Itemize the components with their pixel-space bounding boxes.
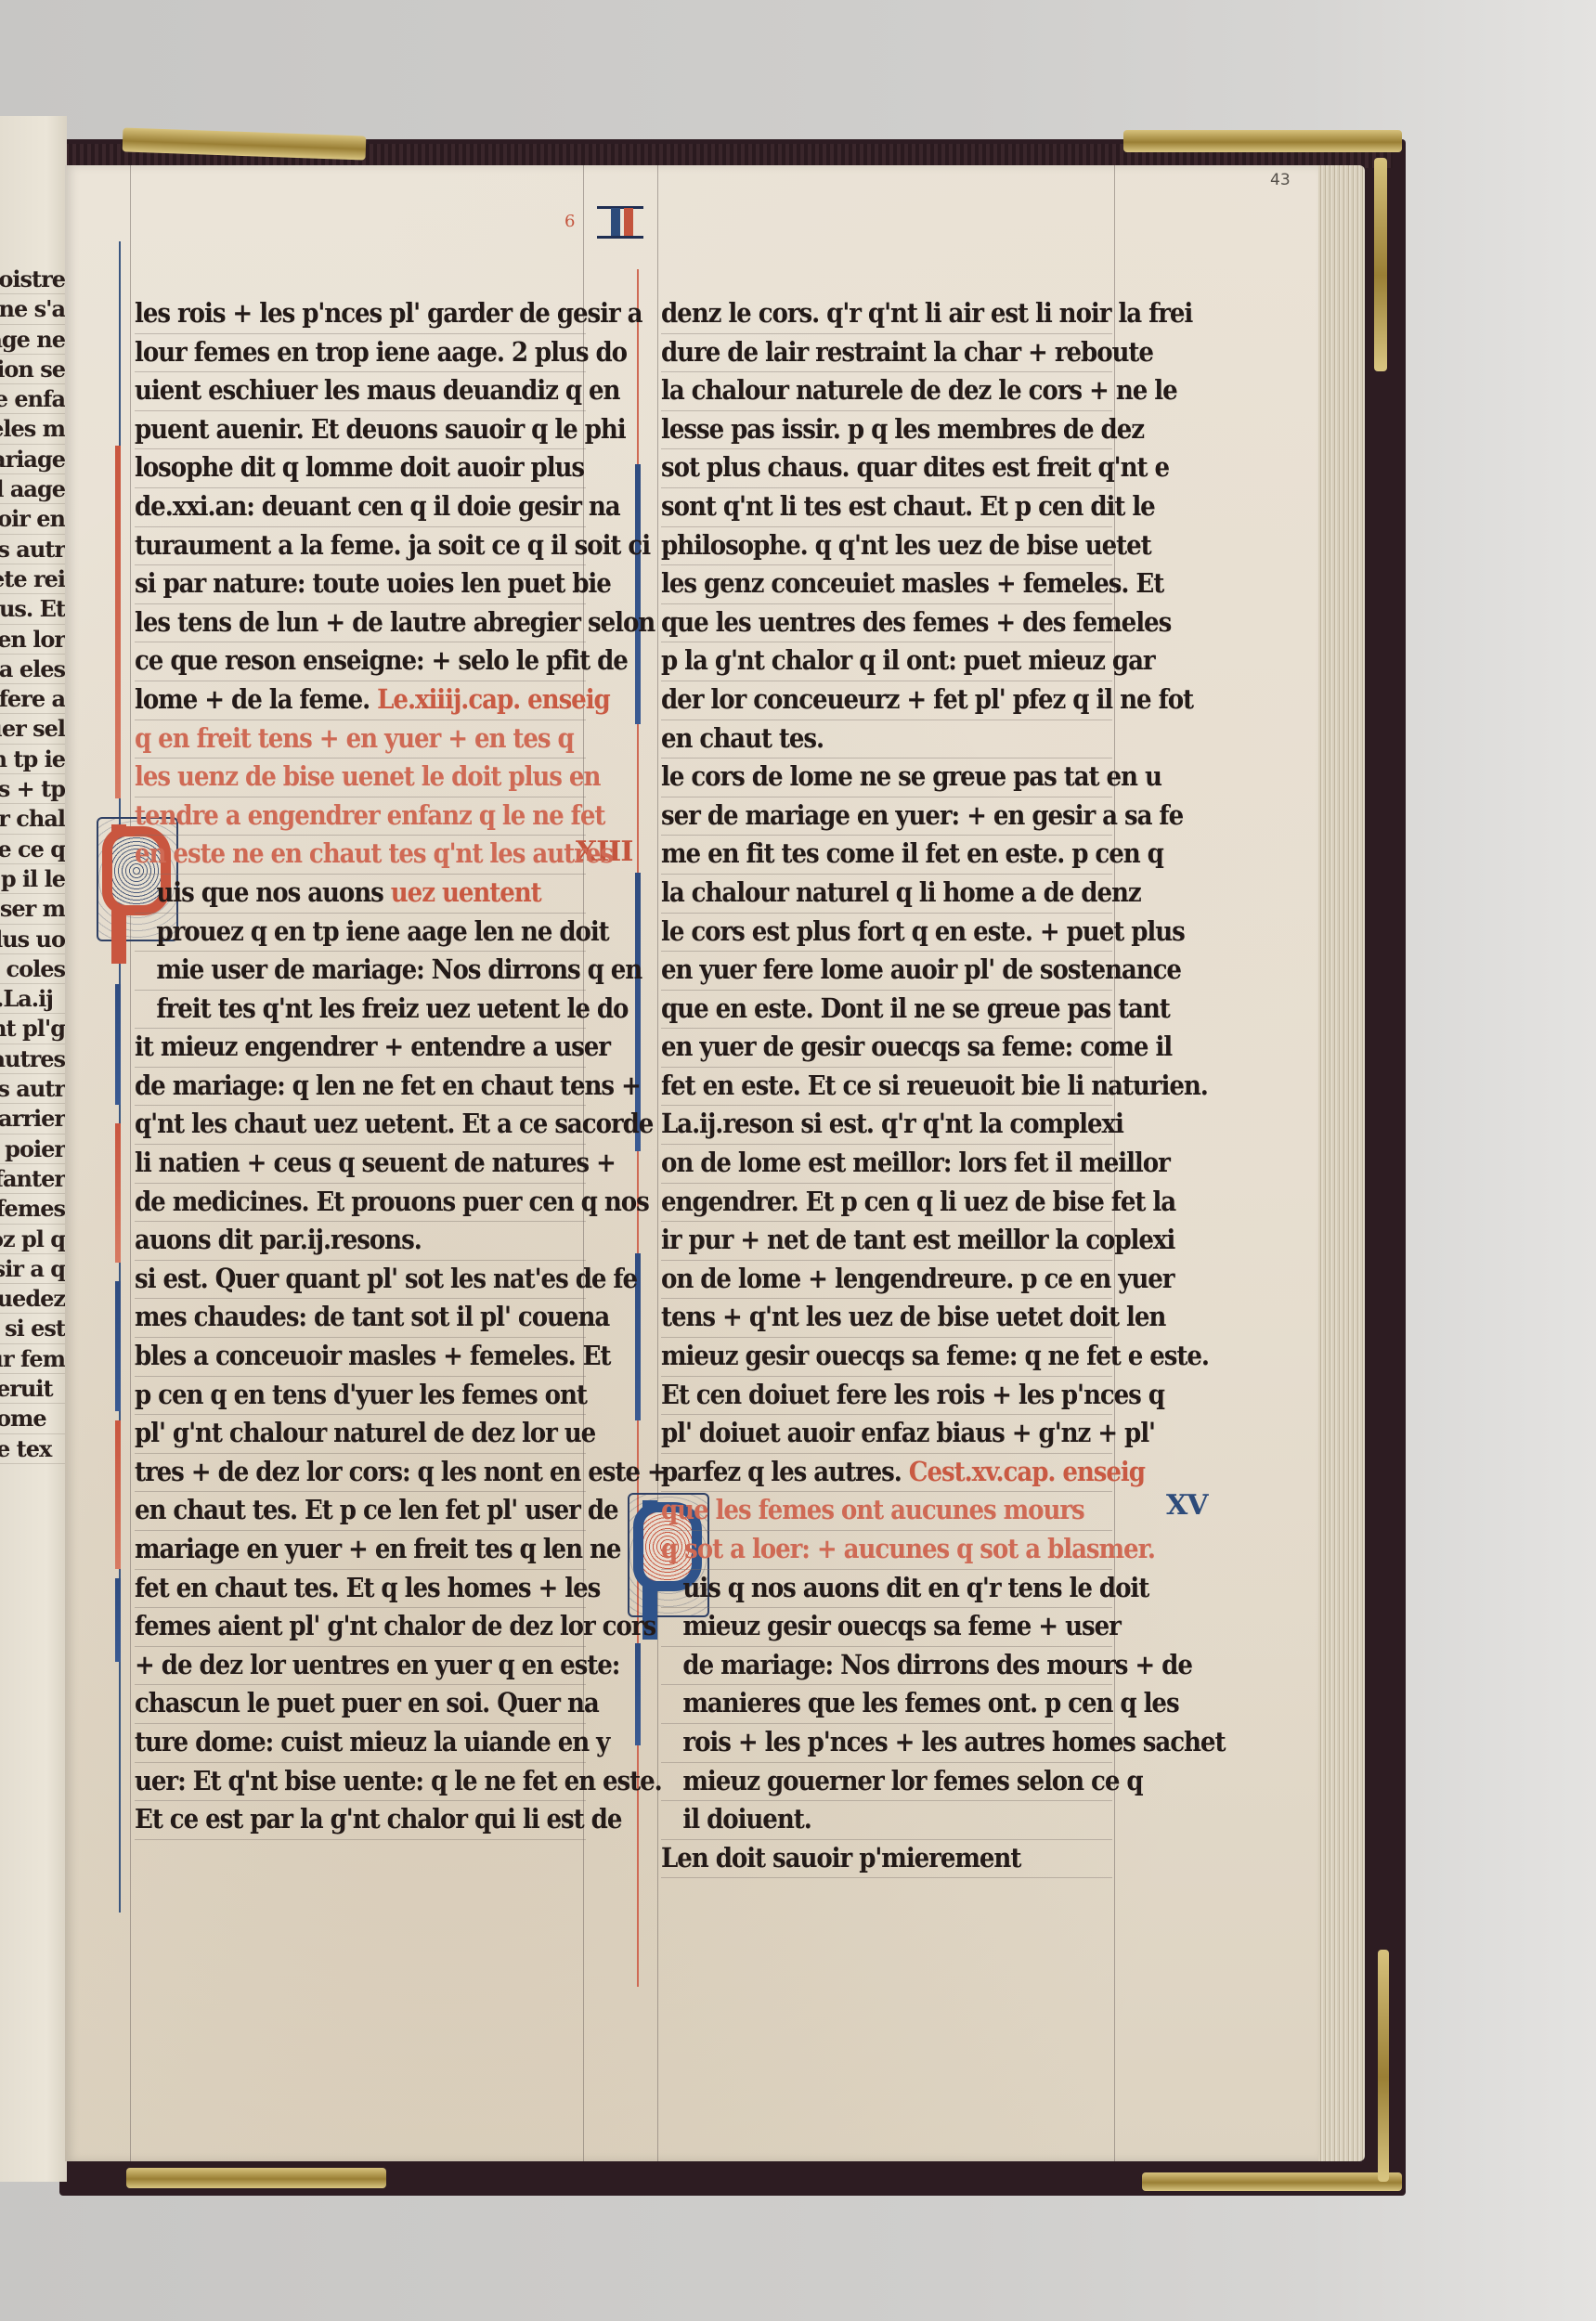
manuscript-line: femes aient pl' g'nt chalor de dez lor c… bbox=[135, 1608, 586, 1647]
manuscript-line: mieuz gouerner lor femes selon ce q bbox=[661, 1763, 1112, 1802]
manuscript-line: les uenz de bise uenet le doit plus en bbox=[135, 759, 586, 797]
manuscript-line: pl' doiuet auoir enfaz biaus + g'nz + pl… bbox=[661, 1415, 1112, 1454]
chapter-numeral-XV: XV bbox=[1166, 1489, 1208, 1522]
manuscript-line: rois + les p'nces + les autres homes sac… bbox=[661, 1724, 1112, 1763]
gilt-clasp-top-right bbox=[1123, 130, 1402, 152]
manuscript-line: denz le cors. q'r q'nt li air est li noi… bbox=[661, 295, 1112, 334]
ruling-line-left-outer bbox=[130, 165, 131, 2161]
manuscript-line: chascun le puet puer en soi. Quer na bbox=[135, 1685, 586, 1724]
verso-line: contre ce q bbox=[0, 835, 65, 864]
penwork-left-red-segment-3 bbox=[115, 1420, 121, 1569]
gilt-clasp-side-lower bbox=[1378, 1950, 1389, 2182]
manuscript-line: it mieuz engendrer + entendre a user bbox=[135, 1029, 586, 1068]
gilt-clasp-bottom-left bbox=[126, 2168, 386, 2188]
verso-line: sot plus uo bbox=[0, 925, 65, 954]
verso-line: es lour fem bbox=[0, 1344, 65, 1374]
verso-line: e. Quer chal bbox=[0, 804, 65, 834]
penwork-left-red-segment-2 bbox=[115, 1123, 121, 1263]
manuscript-line: la chalour naturel q li home a de denz bbox=[661, 875, 1112, 914]
manuscript-line: freit tes q'nt les freiz uez uetent le d… bbox=[135, 991, 586, 1030]
manuscript-line: li natien + ceus q seuent de natures + bbox=[135, 1145, 586, 1184]
manuscript-line: turaument a la feme. ja soit ce q il soi… bbox=[135, 527, 586, 566]
manuscript-line: tres + de dez lor cors: q les nont en es… bbox=[135, 1454, 586, 1493]
manuscript-line: losophe dit q lomme doit auoir plus bbox=[135, 449, 586, 488]
manuscript-line: fet en chaut tes. Et q les homes + les bbox=[135, 1570, 586, 1609]
folio-number: 43 bbox=[1270, 171, 1291, 189]
manuscript-line: lome + de la feme. Le.xiiij.cap. enseig bbox=[135, 681, 586, 720]
verso-line: s gesir a q bbox=[0, 1254, 65, 1284]
verso-line: it: en eus. Et bbox=[0, 594, 65, 624]
manuscript-line: dure de lair restraint la char + reboute bbox=[661, 334, 1112, 373]
page-block-edges bbox=[1314, 165, 1365, 2161]
manuscript-line: fet en este. Et ce si reueuoit bie li na… bbox=[661, 1068, 1112, 1107]
manuscript-line: lour femes en trop iene aage. 2 plus do bbox=[135, 334, 586, 373]
verso-line: imes en tp ie bbox=[0, 745, 65, 774]
verso-line: oz pl q bbox=[0, 1225, 65, 1254]
manuscript-line: der lor conceueurz + fet pl' pfez q il n… bbox=[661, 681, 1112, 720]
manuscript-line: Et cen doiuet fere les rois + les p'nces… bbox=[661, 1377, 1112, 1416]
manuscript-line: de.xxi.an: deuant cen q il doie gesir na bbox=[135, 488, 586, 527]
manuscript-line: Et ce est par la g'nt chalor qui li est … bbox=[135, 1801, 586, 1840]
manuscript-line: manieres que les femes ont. p cen q les bbox=[661, 1685, 1112, 1724]
verso-line: p' q les autr bbox=[0, 535, 65, 564]
manuscript-line: prouez q en tp iene aage len ne doit bbox=[135, 914, 586, 953]
verso-line: est. Quer sel bbox=[0, 714, 65, 744]
verso-line: a en arrier bbox=[0, 1104, 65, 1134]
verso-line: me en tel aage bbox=[0, 474, 65, 504]
verso-line: mes femes bbox=[0, 1194, 65, 1224]
manuscript-line: p la g'nt chalor q il ont: puet mieuz ga… bbox=[661, 642, 1112, 681]
manuscript-line: engendrer. Et p cen q li uez de bise fet… bbox=[661, 1184, 1112, 1223]
rubric-chapter-heading: Cest.xv.cap. enseig bbox=[902, 1456, 1145, 1487]
manuscript-line: en yuer fere lome auoir pl' de sostenanc… bbox=[661, 952, 1112, 991]
manuscript-line: + de dez lor uentres en yuer q en este: bbox=[135, 1647, 586, 1686]
verso-line: q les autr bbox=[0, 1074, 65, 1104]
manuscript-line: mie user de mariage: Nos dirrons q en bbox=[135, 952, 586, 991]
manuscript-line: pl' g'nt chalour naturel de dez lor ue bbox=[135, 1415, 586, 1454]
verso-line: nt user m bbox=[0, 894, 65, 924]
manuscript-line: si par nature: toute uoies len puet bie bbox=[135, 565, 586, 604]
manuscript-line: les genz conceuiet masles + femeles. Et bbox=[661, 565, 1112, 604]
manuscript-line: me en fit tes come il fet en este. p cen… bbox=[661, 836, 1112, 875]
manuscript-line: en yuer de gesir ouecqs sa feme: come il bbox=[661, 1029, 1112, 1068]
verso-line: ese. p il le bbox=[0, 864, 65, 894]
verso-line: eruit bbox=[0, 1374, 65, 1404]
manuscript-line: sont q'nt li tes est chaut. Et p cen dit… bbox=[661, 488, 1112, 527]
manuscript-line: tendre a engendrer enfanz q le ne fet bbox=[135, 797, 586, 836]
manuscript-line: uis q nos auons dit en q'r tens le doit bbox=[661, 1570, 1112, 1609]
penwork-left-blue-segment-3 bbox=[115, 1578, 121, 1662]
manuscript-line: mariage en yuer + en freit tes q len ne bbox=[135, 1531, 586, 1570]
manuscript-line: de mariage: Nos dirrons des mours + de bbox=[661, 1647, 1112, 1686]
verso-line: t couuéeles m bbox=[0, 414, 65, 444]
manuscript-line: que en este. Dont il ne se greue pas tan… bbox=[661, 991, 1112, 1030]
manuscript-line: ce que reson enseigne: + selo le pfit de bbox=[135, 642, 586, 681]
verso-line: femes en lor bbox=[0, 625, 65, 655]
manuscript-line: tens + q'nt les uez de bise uetet doit l… bbox=[661, 1299, 1112, 1338]
manuscript-line: p cen q en tens d'yuer les femes ont bbox=[135, 1377, 586, 1416]
verso-line: enfanter bbox=[0, 1164, 65, 1194]
manuscript-line: lesse pas issir. p q les membres de dez bbox=[661, 411, 1112, 450]
verso-line: es ont pl'g bbox=[0, 1014, 65, 1044]
manuscript-line: q en freit tens + en yuer + en tes q bbox=[135, 720, 586, 759]
manuscript-line: si est. Quer quant pl' sot les nat'es de… bbox=[135, 1261, 586, 1300]
verso-line: olues + tp bbox=[0, 774, 65, 804]
gilt-clasp-bottom-right bbox=[1142, 2172, 1402, 2191]
verso-line: z parfete rei bbox=[0, 564, 65, 594]
verso-line: uel mariage bbox=[0, 445, 65, 474]
manuscript-line: on de lome + lengendreure. p ce en yuer bbox=[661, 1261, 1112, 1300]
manuscript-line: que les femes ont aucunes mours bbox=[661, 1492, 1112, 1531]
verso-line: e tex bbox=[0, 1434, 65, 1464]
penwork-left-blue-segment-1 bbox=[115, 984, 121, 1105]
penwork-left-red-segment-1 bbox=[115, 446, 121, 798]
facing-verso-page: uuo conoistret ceus que ne s'auel mariag… bbox=[0, 116, 67, 2182]
manuscript-line: en chaut tes. bbox=[661, 720, 1112, 759]
manuscript-line: sot plus chaus. quar dites est freit q'n… bbox=[661, 449, 1112, 488]
manuscript-line: on de lome est meillor: lors fet il meil… bbox=[661, 1145, 1112, 1184]
verso-line: uel mariage ne bbox=[0, 325, 65, 355]
manuscript-line: ir pur + net de tant est meillor la copl… bbox=[661, 1222, 1112, 1261]
verso-text-fragment: uuo conoistret ceus que ne s'auel mariag… bbox=[0, 265, 65, 1464]
manuscript-line: mes chaudes: de tant sot il pl' couena bbox=[135, 1299, 586, 1338]
manuscript-line: les rois + les p'nces pl' garder de gesi… bbox=[135, 295, 586, 334]
rubric-chapter-heading: Le.xiiij.cap. enseig bbox=[370, 683, 610, 715]
manuscript-line: La.ij.reson si est. q'r q'nt la complexi bbox=[661, 1106, 1112, 1145]
verso-line: s autres + bbox=[0, 1044, 65, 1074]
verso-line: u il poier bbox=[0, 1135, 65, 1164]
running-header-initial-II bbox=[594, 206, 650, 240]
verso-line: s gesir a eles bbox=[0, 655, 65, 684]
manuscript-line: parfez q les autres. Cest.xv.cap. enseig bbox=[661, 1454, 1112, 1493]
manuscript-line: mieuz gesir ouecqs sa feme + user bbox=[661, 1608, 1112, 1647]
verso-line: ome bbox=[0, 1404, 65, 1433]
verso-line: on si est bbox=[0, 1314, 65, 1343]
manuscript-line: puent auenir. Et deuons sauoir q le phi bbox=[135, 411, 586, 450]
manuscript-line: auons dit par.ij.resons. bbox=[135, 1222, 586, 1261]
verso-line: complexion se bbox=[0, 355, 65, 384]
manuscript-line: les tens de lun + de lautre abregier sel… bbox=[135, 604, 586, 643]
manuscript-line: de medicines. Et prouons puer cen q nos bbox=[135, 1184, 586, 1223]
manuscript-line: le cors de lome ne se greue pas tat en u bbox=[661, 759, 1112, 797]
text-column-left: les rois + les p'nces pl' garder de gesi… bbox=[135, 295, 636, 1840]
manuscript-line: q'nt les chaut uez uetent. Et a ce sacor… bbox=[135, 1106, 586, 1145]
text-column-right: denz le cors. q'r q'nt li air est li noi… bbox=[661, 295, 1162, 1878]
verso-line: e parfete enfa bbox=[0, 384, 65, 414]
manuscript-line: en chaut tes. Et p ce len fet pl' user d… bbox=[135, 1492, 586, 1531]
manuscript-line: ture dome: cuist mieuz la uiande en y bbox=[135, 1724, 586, 1763]
rubric-tail: uez uentent bbox=[383, 876, 541, 908]
verso-line: La.ij. bbox=[0, 984, 65, 1014]
ruling-line-col2-left bbox=[657, 165, 658, 2161]
verso-line: ne se coles bbox=[0, 954, 65, 984]
manuscript-line: q sot a loer: + aucunes q sot a blasmer. bbox=[661, 1531, 1112, 1570]
manuscript-line: uer: Et q'nt bise uente: q le ne fet en … bbox=[135, 1763, 586, 1802]
manuscript-line: de mariage: q len ne fet en chaut tens + bbox=[135, 1068, 586, 1107]
manuscript-line: ser de mariage en yuer: + en gesir a sa … bbox=[661, 797, 1112, 836]
penwork-left-blue-segment-2 bbox=[115, 1281, 121, 1411]
manuscript-line: philosophe. q q'nt les uez de bise uetet bbox=[661, 527, 1112, 566]
manuscript-line: la chalour naturele de dez le cors + ne … bbox=[661, 372, 1112, 411]
verso-line: uuo conoistre bbox=[0, 265, 65, 294]
manuscript-line: uient eschiuer les maus deuandiz q en bbox=[135, 372, 586, 411]
manuscript-line: il doiuent. bbox=[661, 1801, 1112, 1840]
verso-line: t ceus que ne s'a bbox=[0, 294, 65, 324]
manuscript-line: Len doit sauoir p'mierement bbox=[661, 1840, 1112, 1879]
verso-line: eu auedez bbox=[0, 1284, 65, 1314]
manuscript-line: uis que nos auons uez uentent bbox=[135, 875, 586, 914]
verso-line: ueo auoir en bbox=[0, 504, 65, 534]
manuscript-line: en este ne en chaut tes q'nt les autres bbox=[135, 836, 586, 875]
gilt-clasp-side-upper bbox=[1374, 158, 1387, 371]
manuscript-line: bles a conceuoir masles + femeles. Et bbox=[135, 1338, 586, 1377]
verso-line: age p fere a bbox=[0, 684, 65, 714]
manuscript-line: mieuz gesir ouecqs sa feme: q ne fet e e… bbox=[661, 1338, 1112, 1377]
scribal-guide-note: 6 bbox=[564, 212, 575, 231]
manuscript-line: que les uentres des femes + des femeles bbox=[661, 604, 1112, 643]
manuscript-line: le cors est plus fort q en este. + puet … bbox=[661, 914, 1112, 953]
